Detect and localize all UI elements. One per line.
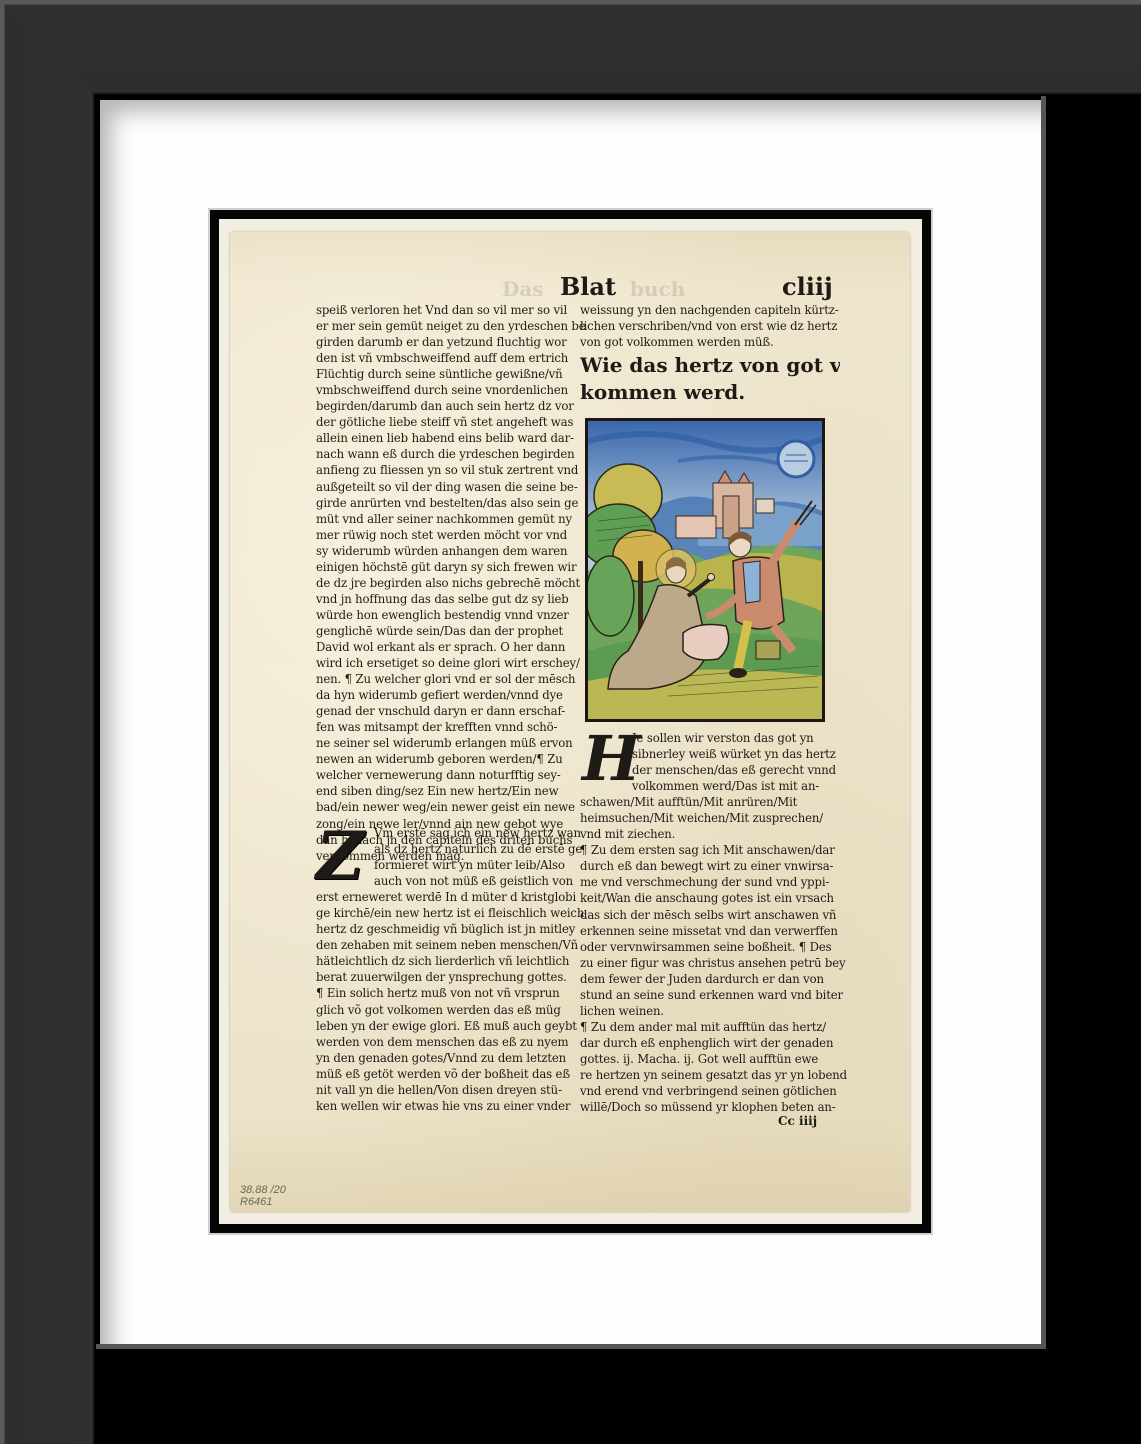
text-line: ¶ Zu dem ander mal mit aufftün das hertz… (580, 1019, 850, 1035)
text-line: girden darumb er dan yetzund fluchtig wo… (316, 334, 586, 350)
text-line: von got volkommen werden müß. (580, 334, 850, 350)
text-line: müß eß getöt werden võ der boßheit das e… (316, 1066, 586, 1082)
text-line: genglichē würde sein/Das dan der prophet (316, 623, 586, 639)
text-line: vnd jn hoffnung das das selbe gut dz sy … (316, 591, 586, 607)
text-line: berat zuuerwilgen der ynsprechung gottes… (316, 969, 586, 985)
text-line: ne seiner sel widerumb erlangen müß ervo… (316, 735, 586, 751)
text-line: end siben ding/sez Ein new hertz/Ein new (316, 783, 586, 799)
text-line: formieret wirt yn müter leib/Also (316, 857, 586, 873)
frame-inner-lip-right (1041, 96, 1046, 1349)
text-line: re hertzen yn seinem gesatzt das yr yn l… (580, 1067, 850, 1083)
text-line: allein einen lieb habend eins belib ward… (316, 430, 586, 446)
text-line: ¶ Zu dem ersten sag ich Mit anschawen/da… (580, 842, 850, 858)
chapter-heading-line: kommen werd. (580, 379, 840, 406)
text-line: der menschen/das eß gerecht vnnd (580, 762, 850, 778)
text-line: würde hon ewenglich bestendig vnnd vnzer (316, 607, 586, 623)
text-line: wird ich ersetiget so deine glori wirt e… (316, 655, 586, 671)
text-line: volkommen werd/Das ist mit an- (580, 778, 850, 794)
text-line: sibnerley weiß würket yn das hertz (580, 746, 850, 762)
text-line: lichen verschriben/vnd von erst wie dz h… (580, 318, 850, 334)
left-column-bottom: Vm erstē sag ich ein new hertz wan als d… (316, 825, 586, 1114)
text-line: willē/Doch so müssend yr klophen beten a… (580, 1099, 850, 1115)
text-line: hertz dz geschmeidig vñ büglich ist jn m… (316, 921, 586, 937)
text-line: glich võ got volkomen werden das eß müg (316, 1002, 586, 1018)
text-line: gottes. ij. Macha. ij. Got well aufftün … (580, 1051, 850, 1067)
woodcut-scene-icon (588, 421, 822, 719)
text-line: nit vall yn die hellen/Von disen dreyen … (316, 1082, 586, 1098)
text-line: der götliche liebe steiff vñ stet angehe… (316, 414, 586, 430)
text-line: newen an widerumb geboren werden/¶ Zu (316, 751, 586, 767)
text-line: schawen/Mit aufftün/Mit anrüren/Mit (580, 794, 850, 810)
running-head-ghost-left: Das (502, 277, 544, 301)
running-head-title: Blat (560, 272, 616, 301)
text-line: nach wann eß durch die yrdeschen begirde… (316, 446, 586, 462)
text-line: sy widerumb würden anhangen dem waren (316, 543, 586, 559)
folio-number: cliij (782, 272, 833, 301)
text-line: ken wellen wir etwas hie vns zu einer vn… (316, 1098, 586, 1114)
text-line: ge kirchē/ein new hertz ist ei fleischli… (316, 905, 586, 921)
text-line: yn den genaden gotes/Vnnd zu dem letzten (316, 1050, 586, 1066)
text-line: anfieng zu fliessen yn so vil stuk zertr… (316, 462, 586, 478)
text-line: da hyn widerumb gefiert werden/vnnd dye (316, 687, 586, 703)
chapter-heading-line: Wie das hertz von got vol (580, 352, 840, 379)
frame-inner-lip-bottom (96, 1344, 1046, 1349)
text-line: erst erneweret werdē In d müter d kristg… (316, 889, 586, 905)
text-line: keit/Wan die anschaung gotes ist ein vrs… (580, 890, 850, 906)
text-line: mer rüwig noch stet werden möcht vor vnd (316, 527, 586, 543)
text-line: ¶ Ein solich hertz muß von not vñ vrspru… (316, 985, 586, 1001)
text-line: zu einer figur was christus ansehen petr… (580, 955, 850, 971)
text-line: durch eß dan bewegt wirt zu einer vnwirs… (580, 858, 850, 874)
text-line: das sich der mēsch selbs wirt anschawen … (580, 907, 850, 923)
text-line: de dz jre begirden also nichs gebrechē m… (316, 575, 586, 591)
text-line: vnd erend vnd verbringend seinen götlich… (580, 1083, 850, 1099)
chapter-heading: Wie das hertz von got vol kommen werd. (580, 352, 840, 406)
signature-mark: Cc iiij (778, 1114, 817, 1128)
text-line: leben yn der ewige glori. Eß muß auch ge… (316, 1018, 586, 1034)
text-line: außgeteilt so vil der ding wasen die sei… (316, 479, 586, 495)
text-line: lichen weinen. (580, 1003, 850, 1019)
picture-frame: Das buch Blat cliij speiß verloren het V… (0, 0, 1141, 1444)
text-line: oder vervnwirsammen seine boßheit. ¶ Des (580, 939, 850, 955)
text-line: vmbschweiffend durch seine vnordenlichen (316, 382, 586, 398)
text-line: me vnd verschmechung der sund vnd yppi- (580, 874, 850, 890)
text-line: den ist vñ vmbschweiffend auff dem ertri… (316, 350, 586, 366)
text-line: Flüchtig durch seine süntliche gewißne/v… (316, 366, 586, 382)
right-column-bottom: Je sollen wir verston das got yn sibnerl… (580, 730, 850, 1115)
text-line: Je sollen wir verston das got yn (580, 730, 850, 746)
text-line: den zehaben mit seinem neben menschen/Vñ (316, 937, 586, 953)
text-line: dar durch eß enphenglich wirt der genade… (580, 1035, 850, 1051)
frame-left-rail (0, 0, 100, 1444)
text-line: stund an seine sund erkennen ward vnd bi… (580, 987, 850, 1003)
text-line: einigen höchstē güt daryn sy sich frewen… (316, 559, 586, 575)
text-line: David wol erkant als er sprach. O her da… (316, 639, 586, 655)
text-line: bad/ein newer weg/ein newer geist ein ne… (316, 799, 586, 815)
accession-number: R6461 (240, 1196, 286, 1208)
text-line: er mer sein gemüt neiget zu den yrdesche… (316, 318, 586, 334)
text-line: welcher vernewerung dann noturfftig sey- (316, 767, 586, 783)
text-line: nen. ¶ Zu welcher glori vnd er sol der m… (316, 671, 586, 687)
text-line: fen was mitsampt der krefften vnnd schö- (316, 719, 586, 735)
text-line: weissung yn den nachgenden capiteln kürt… (580, 302, 850, 318)
text-line: hätleichtlich dz sich lierderlich vñ lei… (316, 953, 586, 969)
text-line: girde anrürten vnd bestelten/das also se… (316, 495, 586, 511)
text-line: erkennen seine missetat vnd dan verwerff… (580, 923, 850, 939)
book-page: Das buch Blat cliij speiß verloren het V… (230, 232, 910, 1212)
text-line: werden von dem menschen das eß zu nyem (316, 1034, 586, 1050)
inventory-number: 38.88 /20 (240, 1184, 286, 1196)
right-column-top: weissung yn den nachgenden capiteln kürt… (580, 302, 850, 350)
pencil-inventory-note: 38.88 /20 R6461 (240, 1184, 286, 1208)
text-line: Vm erstē sag ich ein new hertz wan (316, 825, 586, 841)
text-line: als dz hertz naturlich zu dē erstē ge (316, 841, 586, 857)
text-line: dem fewer der Juden dardurch er dan von (580, 971, 850, 987)
text-line: speiß verloren het Vnd dan so vil mer so… (316, 302, 586, 318)
text-line: heimsuchen/Mit weichen/Mit zusprechen/ (580, 810, 850, 826)
text-line: auch von not müß eß geistlich von (316, 873, 586, 889)
left-column-top: speiß verloren het Vnd dan so vil mer so… (316, 302, 586, 864)
text-line: müt vnd aller seiner nachkommen gemüt ny (316, 511, 586, 527)
text-line: begirden/darumb dan auch sein hertz dz v… (316, 398, 586, 414)
woodcut-illustration (585, 418, 825, 722)
text-line: vnd mit ziechen. (580, 826, 850, 842)
text-line: genad der vnschuld daryn er dann erschaf… (316, 703, 586, 719)
running-head-ghost-right: buch (630, 277, 685, 301)
frame-top-rail (0, 0, 1141, 100)
